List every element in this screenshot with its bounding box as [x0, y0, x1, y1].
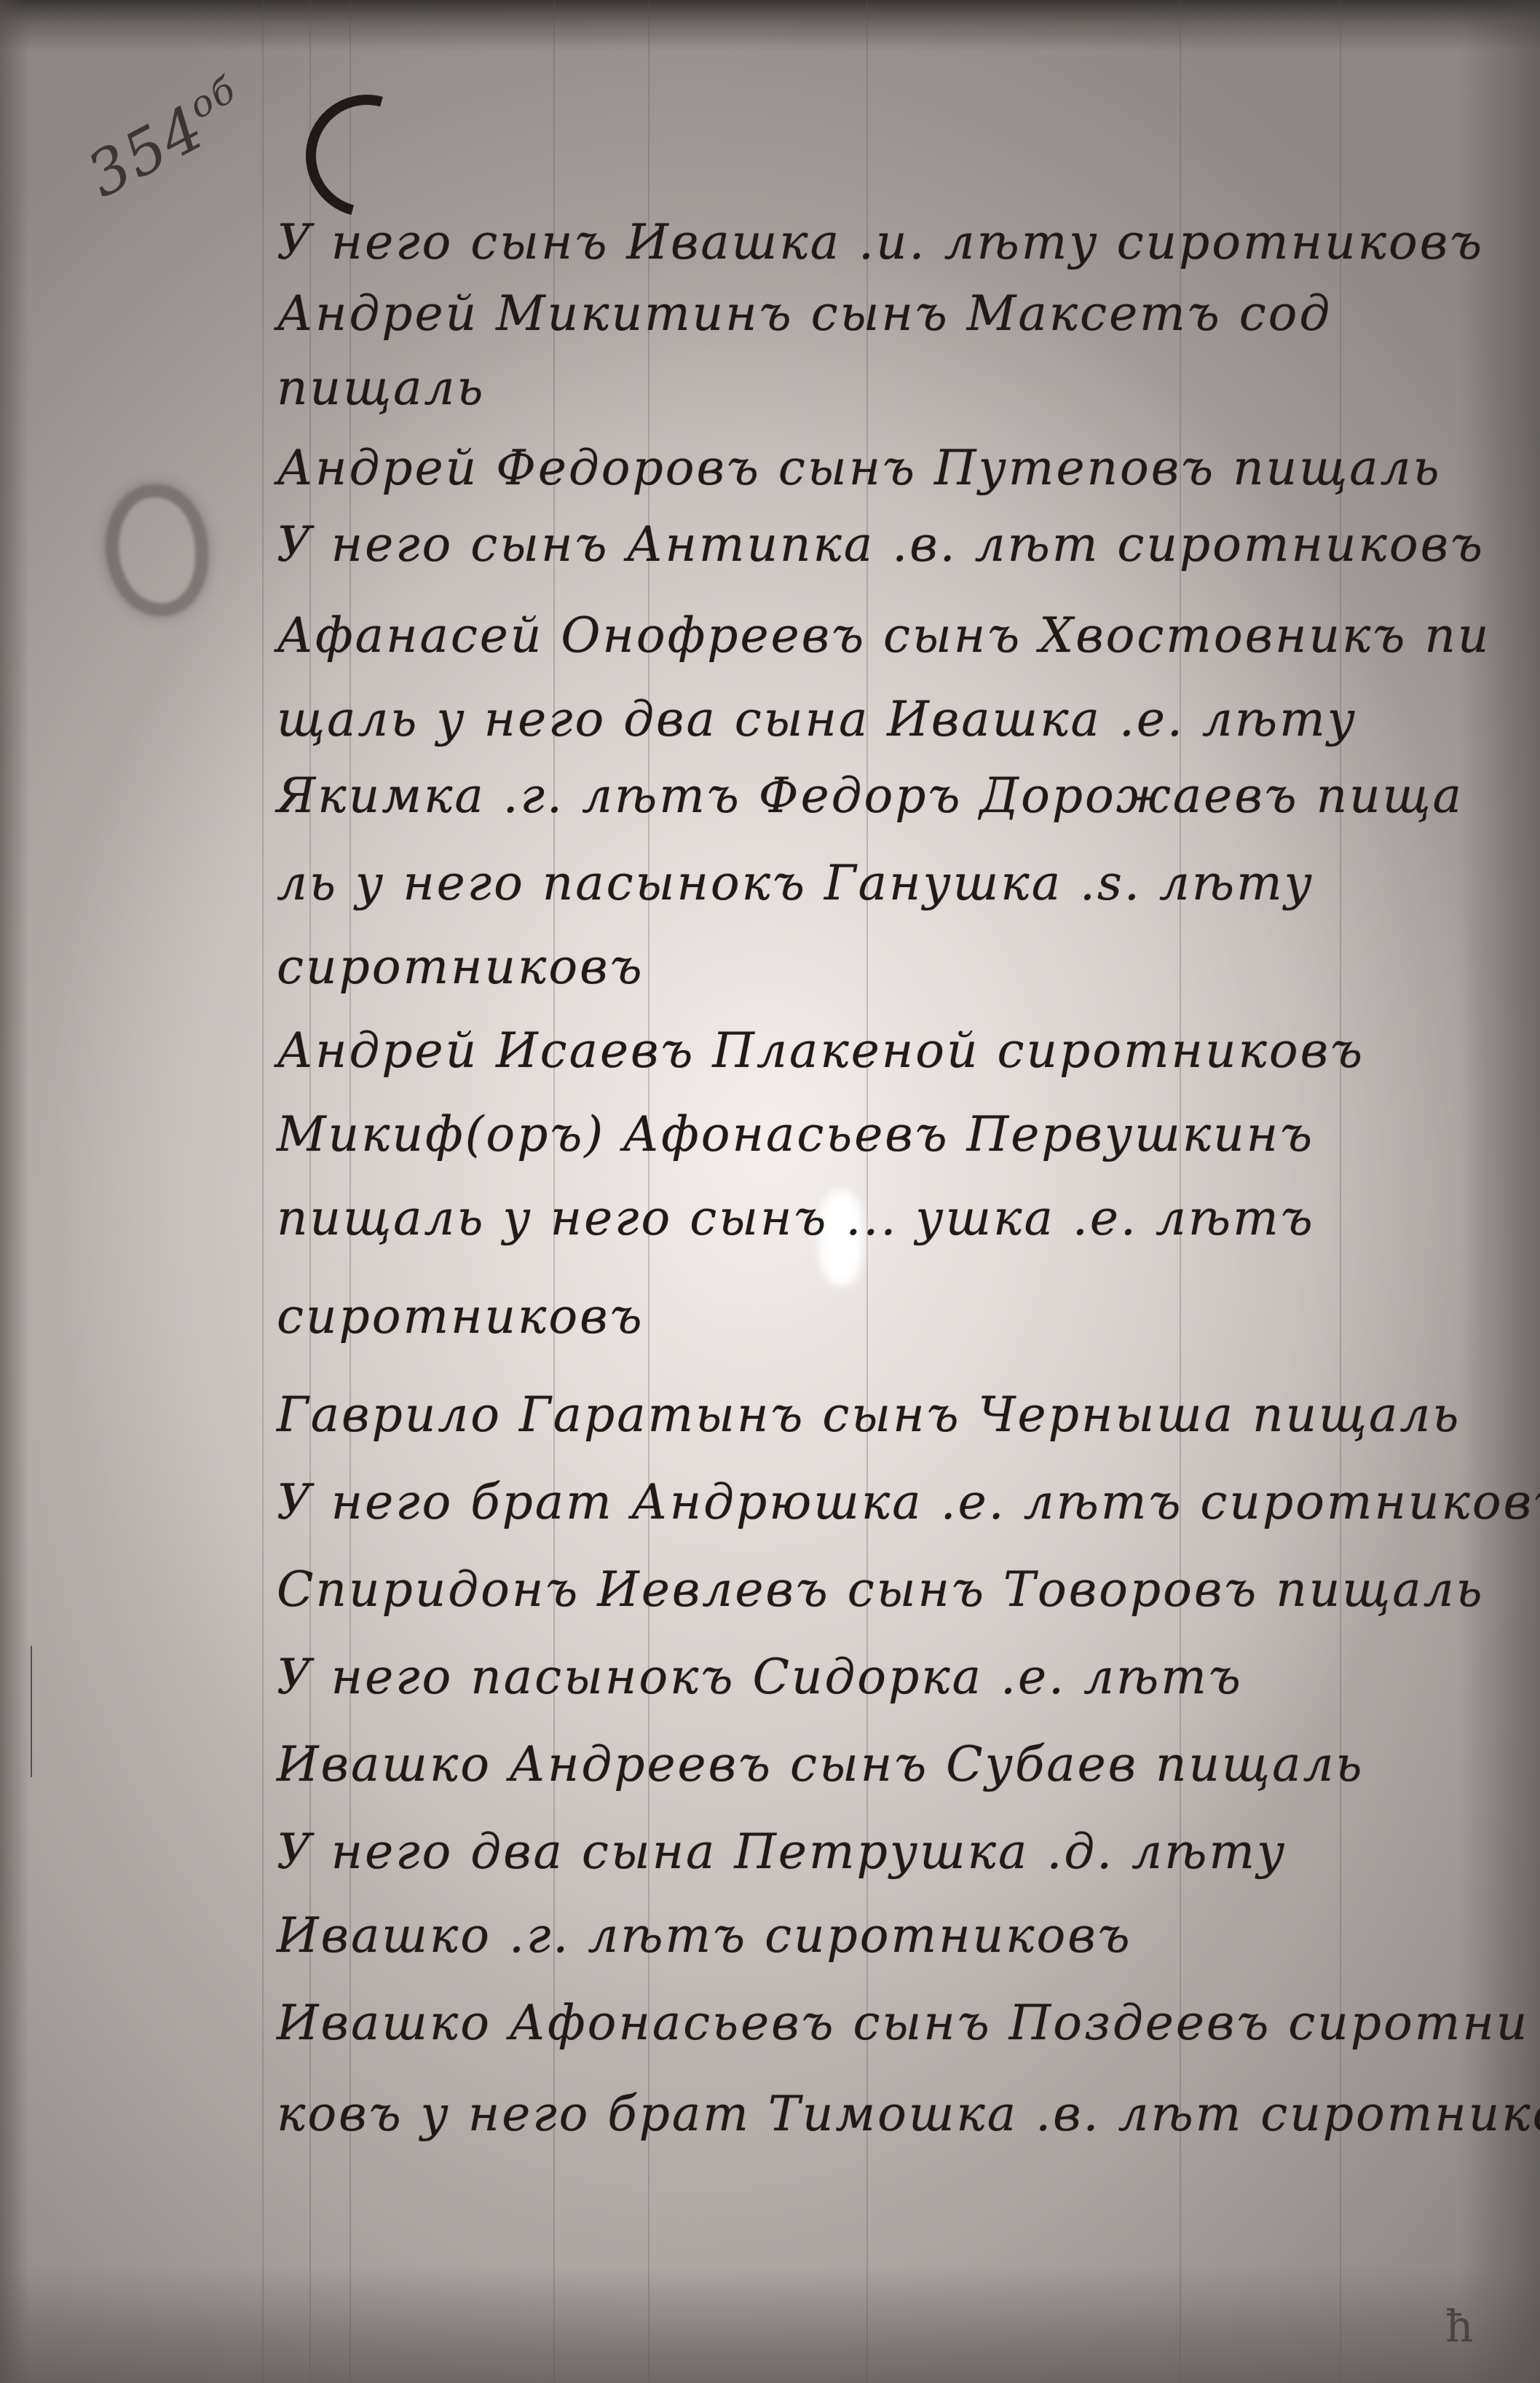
text-line: Гаврило Гаратынъ сынъ Черныша пищаль	[277, 1391, 1461, 1439]
manuscript-page: 354об У него сынъ Ивашка .и. лѣту сиротн…	[0, 0, 1540, 2383]
text-line: Андрей Федоровъ сынъ Путеповъ пищаль	[277, 444, 1442, 492]
text-line: сиротниковъ	[277, 943, 644, 991]
text-line: У него брат Андрюшка .е. лѣтъ сиротников…	[277, 1478, 1540, 1527]
text-line: Афанасей Онофреевъ сынъ Хвостовникъ пи	[277, 612, 1490, 660]
text-line: Ивашко .г. лѣтъ сиротниковъ	[277, 1912, 1132, 1960]
text-line: сиротниковъ	[277, 1293, 644, 1341]
text-line: ль у него пасынокъ Ганушка .ѕ. лѣту	[277, 859, 1314, 907]
text-line: Ивашко Афонасьевъ сынъ Поздеевъ сиротни	[277, 1999, 1529, 2047]
text-line: У него пасынокъ Сидорка .е. лѣтъ	[277, 1653, 1243, 1701]
text-line: Якимка .г. лѣтъ Федоръ Дорожаевъ пища	[277, 772, 1464, 820]
text-line: У него сынъ Ивашка .и. лѣту сиротниковъ	[277, 218, 1484, 267]
text-line: ковъ у него брат Тимошка .в. лѣт сиротни…	[277, 2090, 1540, 2138]
margin-tick-mark	[31, 1646, 32, 1777]
text-line: У него два сына Петрушка .д. лѣту	[277, 1828, 1287, 1876]
margin-stain	[106, 484, 208, 616]
text-line: пищаль	[277, 364, 485, 412]
text-line: щаль у него два сына Ивашка .е. лѣту	[277, 696, 1357, 744]
text-line: Спиридонъ Иевлевъ сынъ Товоровъ пищаль	[277, 1566, 1485, 1614]
text-line: Андрей Микитинъ сынъ Максетъ сод	[277, 290, 1332, 338]
page-bottom-shadow	[0, 2266, 1540, 2383]
corner-mark: ħ	[1445, 2301, 1474, 2352]
text-line: Микиф(оръ) Афонасьевъ Первушкинъ	[277, 1111, 1314, 1159]
text-line: Ивашко Андреевъ сынъ Субаев пищаль	[277, 1741, 1364, 1789]
text-line: У него сынъ Антипка .в. лѣт сиротниковъ	[277, 521, 1485, 569]
text-line: Андрей Исаевъ Плакеной сиротниковъ	[277, 1027, 1365, 1075]
ruling-line	[262, 0, 264, 2383]
text-line: пищаль у него сынъ ... ушка .е. лѣтъ	[277, 1194, 1315, 1242]
page-top-edge-shadow	[0, 0, 1540, 51]
folio-number: 354об	[75, 68, 258, 211]
page-left-edge-shadow	[0, 0, 29, 2383]
